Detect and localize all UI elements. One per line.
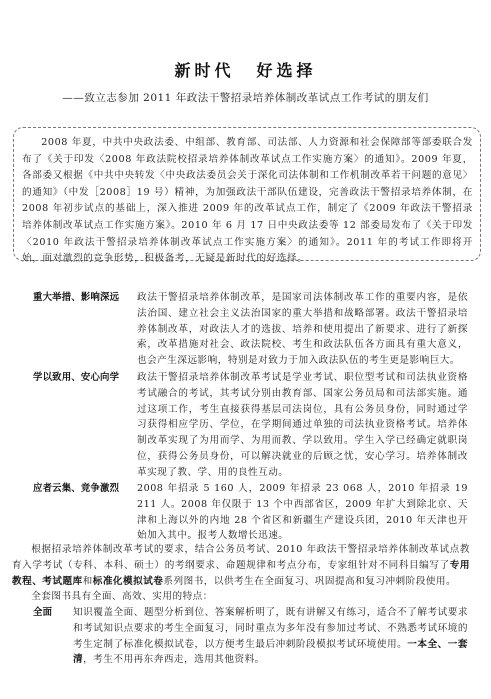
feature-body: 知识覆盖全面、题型分析到位、答案解析明了，既有讲解又有练习，适合不了解考试要求和… xyxy=(73,605,468,668)
title-part-1: 新时代 xyxy=(174,61,234,80)
section-label: 应者云集、竞争激烈 xyxy=(33,481,133,497)
title-part-2: 好选择 xyxy=(257,61,317,80)
closing-paragraphs: 根据招录培养体制改革考试的要求，结合公务员考试、2010 年政法干警招录培养体制… xyxy=(12,542,470,605)
intro-box: 2008 年夏，中共中央政法委、中组部、教育部、司法部、人力资源和社会保障部等部… xyxy=(13,127,481,261)
bold-term-mock-exams: 标准化模拟试卷 xyxy=(93,576,164,587)
section-body: 政法干警招录培养体制改革，是国家司法体制改革工作的重要内容，是依法治国、建立社会… xyxy=(137,290,468,369)
intro-paragraph: 2008 年夏，中共中央政法委、中组部、教育部、司法部、人力资源和社会保障部等部… xyxy=(22,135,473,268)
section-competition: 应者云集、竞争激烈 2008 年招录 5 160 人，2009 年招录 23 0… xyxy=(30,481,470,544)
feature-label: 全面 xyxy=(33,605,73,621)
feature-comprehensive: 全面 知识覆盖全面、题型分析到位、答案解析明了，既有讲解又有练习，适合不了解考试… xyxy=(30,605,470,668)
section-body: 2008 年招录 5 160 人，2009 年招录 23 068 人，2010 … xyxy=(137,481,468,544)
section-body: 政法干警招录培养体制改革考试是学业考试、职位型考试和司法执业资格考试融合的考试，… xyxy=(137,370,468,481)
page-subtitle: ——致立志参加 2011 年政法干警招录培养体制改革试点工作考试的朋友们 xyxy=(0,90,491,105)
section-label: 重大举措、影响深远 xyxy=(33,290,133,306)
section-label: 学以致用、安心向学 xyxy=(33,370,133,386)
bold-term-question-bank: 考试题库 xyxy=(42,576,82,587)
closing-paragraph-1: 根据招录培养体制改革考试的要求，结合公务员考试、2010 年政法干警招录培养体制… xyxy=(12,542,470,589)
closing-paragraph-2: 全套图书具有全面、高效、实用的特点： xyxy=(12,589,470,605)
page-title: 新时代好选择 xyxy=(0,58,491,81)
section-apply-learning: 学以致用、安心向学 政法干警招录培养体制改革考试是学业考试、职位型考试和司法执业… xyxy=(30,370,470,481)
section-major-measures: 重大举措、影响深远 政法干警招录培养体制改革，是国家司法体制改革工作的重要内容，… xyxy=(30,290,470,369)
